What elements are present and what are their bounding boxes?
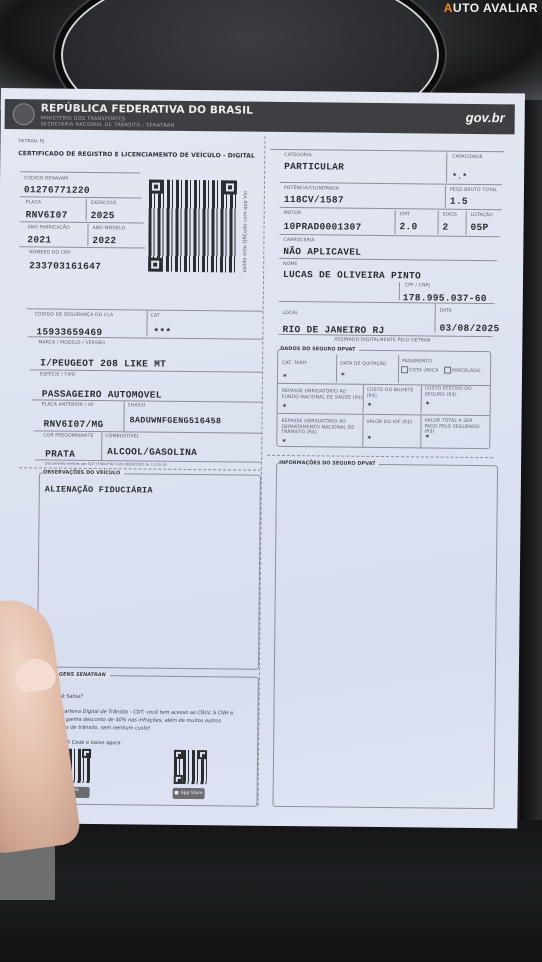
- capacidade-label: CAPACIDADE: [452, 155, 483, 160]
- placa-value: RNV6I07: [26, 209, 68, 220]
- header-title: REPÚBLICA FEDERATIVA DO BRASIL: [41, 102, 253, 116]
- info-dpvat-box: [272, 463, 498, 809]
- marca-modelo-label: MARCA / MODELO / VERSÃO: [38, 340, 105, 346]
- emission-note: Documento emitido por CDT (f7bbcf567) em…: [45, 461, 166, 466]
- ano-fabricacao-value: 2021: [27, 234, 51, 245]
- cmt-value: 2.0: [400, 221, 418, 232]
- data-label: DATA: [440, 309, 452, 314]
- custo-bilhete-label: CUSTO DO BILHETE (R$): [367, 388, 417, 400]
- divider: [86, 199, 87, 221]
- divider: [280, 182, 502, 185]
- peso-bruto-label: PESO BRUTO TOTAL: [450, 188, 497, 193]
- cat-label: CAT: [151, 314, 160, 319]
- ano-modelo-label: ANO MODELO: [93, 226, 126, 231]
- divider: [279, 258, 497, 261]
- ano-fabricacao-label: ANO FABRICAÇÃO: [28, 225, 70, 230]
- cmt-label: CMT: [400, 212, 410, 217]
- combustivel-label: COMBUSTÍVEL: [105, 434, 139, 439]
- data-quitacao-label: DATA DE QUITAÇÃO: [340, 362, 387, 367]
- govbr-logo: gov.br: [466, 110, 505, 125]
- cat-tarif-value: *: [283, 373, 287, 381]
- apple-icon: ■: [174, 791, 178, 796]
- background-photo-bottom: [0, 820, 542, 962]
- custo-bilhete-value: *: [368, 402, 372, 410]
- center-divider: [257, 136, 265, 806]
- divider: [270, 149, 504, 152]
- renavam-value: 01276771220: [24, 184, 90, 196]
- observacoes-value: ALIENAÇÃO FIDUCIÁRIA: [45, 484, 153, 495]
- dpvat-title: DADOS DO SEGURO DPVAT: [280, 346, 359, 353]
- cat-value: ***: [153, 327, 171, 338]
- categoria-value: PARTICULAR: [284, 161, 344, 173]
- divider: [28, 336, 262, 339]
- repasse-denatran-value: *: [282, 438, 286, 446]
- carroceria-value: NÃO APLICAVEL: [283, 246, 361, 258]
- divider: [20, 171, 140, 173]
- crlv-document: REPÚBLICA FEDERATIVA DO BRASIL MINISTÉRI…: [0, 88, 525, 828]
- divider: [27, 308, 263, 311]
- divider: [445, 186, 446, 208]
- data-value: 03/08/2025: [439, 323, 499, 335]
- cor-value: PRATA: [45, 448, 75, 459]
- divider: [280, 207, 502, 210]
- peso-bruto-value: 1.5: [450, 196, 468, 207]
- section-divider: [267, 455, 493, 458]
- detran-label: DETRAN- RJ: [18, 139, 44, 144]
- divider: [434, 305, 435, 333]
- ano-modelo-value: 2022: [92, 235, 116, 246]
- potencia-value: 118CV/1587: [284, 194, 344, 206]
- carroceria-label: CARROCERIA: [283, 238, 314, 243]
- valor-iof-value: *: [367, 435, 371, 443]
- placa-anterior-value: RNV6I07/MG: [43, 418, 103, 430]
- motor-value: 10PRAD0001307: [284, 221, 362, 233]
- valor-total-label: VALOR TOTAL A SER PAGO PELO SEGURADO (R$…: [424, 418, 486, 435]
- divider: [20, 196, 142, 198]
- especie-tipo-label: ESPÉCIE / TIPO: [40, 372, 75, 377]
- combustivel-value: ALCOOL/GASOLINA: [107, 446, 197, 458]
- document-title: CERTIFICADO DE REGISTRO E LICENCIAMENTO …: [18, 150, 255, 159]
- app-store-badge[interactable]: ■App Store: [173, 788, 205, 799]
- app-store-label: App Store: [181, 791, 203, 796]
- cla-label: CÓDIGO DE SEGURANÇA DO CLA: [35, 312, 114, 318]
- potencia-label: POTÊNCIA/CILINDRADA: [284, 186, 339, 192]
- repasse-fns-value: *: [283, 403, 287, 411]
- placa-label: PLACA: [26, 200, 41, 205]
- divider: [278, 334, 492, 337]
- qr-caption: Valide este QRCode com app Vio: [242, 191, 249, 273]
- observacoes-title: OBSERVAÇÕES DO VEÍCULO: [43, 469, 124, 476]
- numero-crv-label: NÚMERO DO CRV: [29, 250, 70, 255]
- cota-unica-checkbox[interactable]: COTA ÚNICA: [401, 366, 438, 373]
- capacidade-value: *.*: [452, 173, 467, 182]
- numero-crv-value: 233703161647: [29, 260, 101, 272]
- valor-total-value: *: [425, 433, 429, 441]
- cpf-label: CPF / CNPJ: [405, 283, 430, 288]
- observacoes-box: [37, 472, 261, 669]
- categoria-label: CATEGORIA: [284, 153, 312, 158]
- placa-anterior-label: PLACA ANTERIOR / UF: [42, 402, 94, 408]
- signed-note: ASSINADO DIGITALMENTE PELO DETRAN: [334, 338, 430, 344]
- divider: [101, 432, 102, 460]
- eixos-value: 2: [443, 222, 449, 233]
- renavam-label: CÓDIGO RENAVAM: [24, 176, 68, 181]
- custo-efetivo-label: CUSTO EFETIVO DO SEGURO (R$): [425, 386, 485, 398]
- pagamento-label: PAGAMENTO: [402, 359, 432, 364]
- data-quitacao-value: *: [341, 372, 345, 380]
- chassi-value: 8ADUWNFGENG516458: [129, 415, 221, 426]
- watermark-logo: AUTO AVALIAR: [444, 1, 538, 15]
- exercicio-label: EXERCÍCIO: [91, 201, 117, 206]
- chassi-label: CHASSI: [128, 403, 146, 408]
- nome-label: NOME: [283, 262, 297, 267]
- header-secretariat: SECRETARIA NACIONAL DE TRÂNSITO - SENATR…: [41, 121, 175, 128]
- divider: [446, 153, 447, 183]
- custo-efetivo-value: *: [426, 400, 430, 408]
- divider: [20, 221, 144, 223]
- divider: [19, 246, 145, 248]
- divider: [87, 224, 88, 246]
- document-header: REPÚBLICA FEDERATIVA DO BRASIL MINISTÉRI…: [5, 99, 515, 134]
- nome-value: LUCAS DE OLIVEIRA PINTO: [283, 269, 421, 281]
- divider: [146, 311, 147, 337]
- exercicio-value: 2025: [91, 210, 115, 221]
- marca-modelo-value: I/PEUGEOT 208 LIKE MT: [40, 357, 166, 369]
- lotacao-label: LOTAÇÃO: [471, 213, 493, 218]
- lotacao-value: 05P: [471, 222, 489, 233]
- repasse-fns-label: REPASSE OBRIGATÓRIO AO FUNDO NACIONAL DE…: [282, 389, 364, 401]
- repasse-denatran-label: REPASSE OBRIGATÓRIO AO DEPARTAMENTO NACI…: [281, 419, 361, 436]
- divider: [394, 210, 395, 234]
- parcelado-checkbox[interactable]: PARCELADO: [444, 367, 481, 374]
- divider: [123, 401, 124, 431]
- cat-tarif-label: CAT. TARIF: [282, 361, 307, 366]
- valor-iof-label: VALOR DO IOF (R$): [366, 420, 412, 425]
- validation-qr-code[interactable]: [148, 180, 237, 273]
- motor-label: MOTOR: [284, 211, 302, 216]
- cor-label: COR PREDOMINANTE: [43, 433, 93, 439]
- divider: [465, 211, 466, 235]
- app-store-qr-code[interactable]: [174, 750, 207, 784]
- divider: [437, 211, 438, 235]
- eixos-label: EIXOS: [443, 213, 457, 218]
- info-dpvat-title: INFORMAÇÕES DO SEGURO DPVAT: [279, 460, 380, 467]
- coat-of-arms-icon: [13, 103, 35, 125]
- divider: [399, 282, 400, 300]
- local-label: LOCAL: [283, 311, 298, 316]
